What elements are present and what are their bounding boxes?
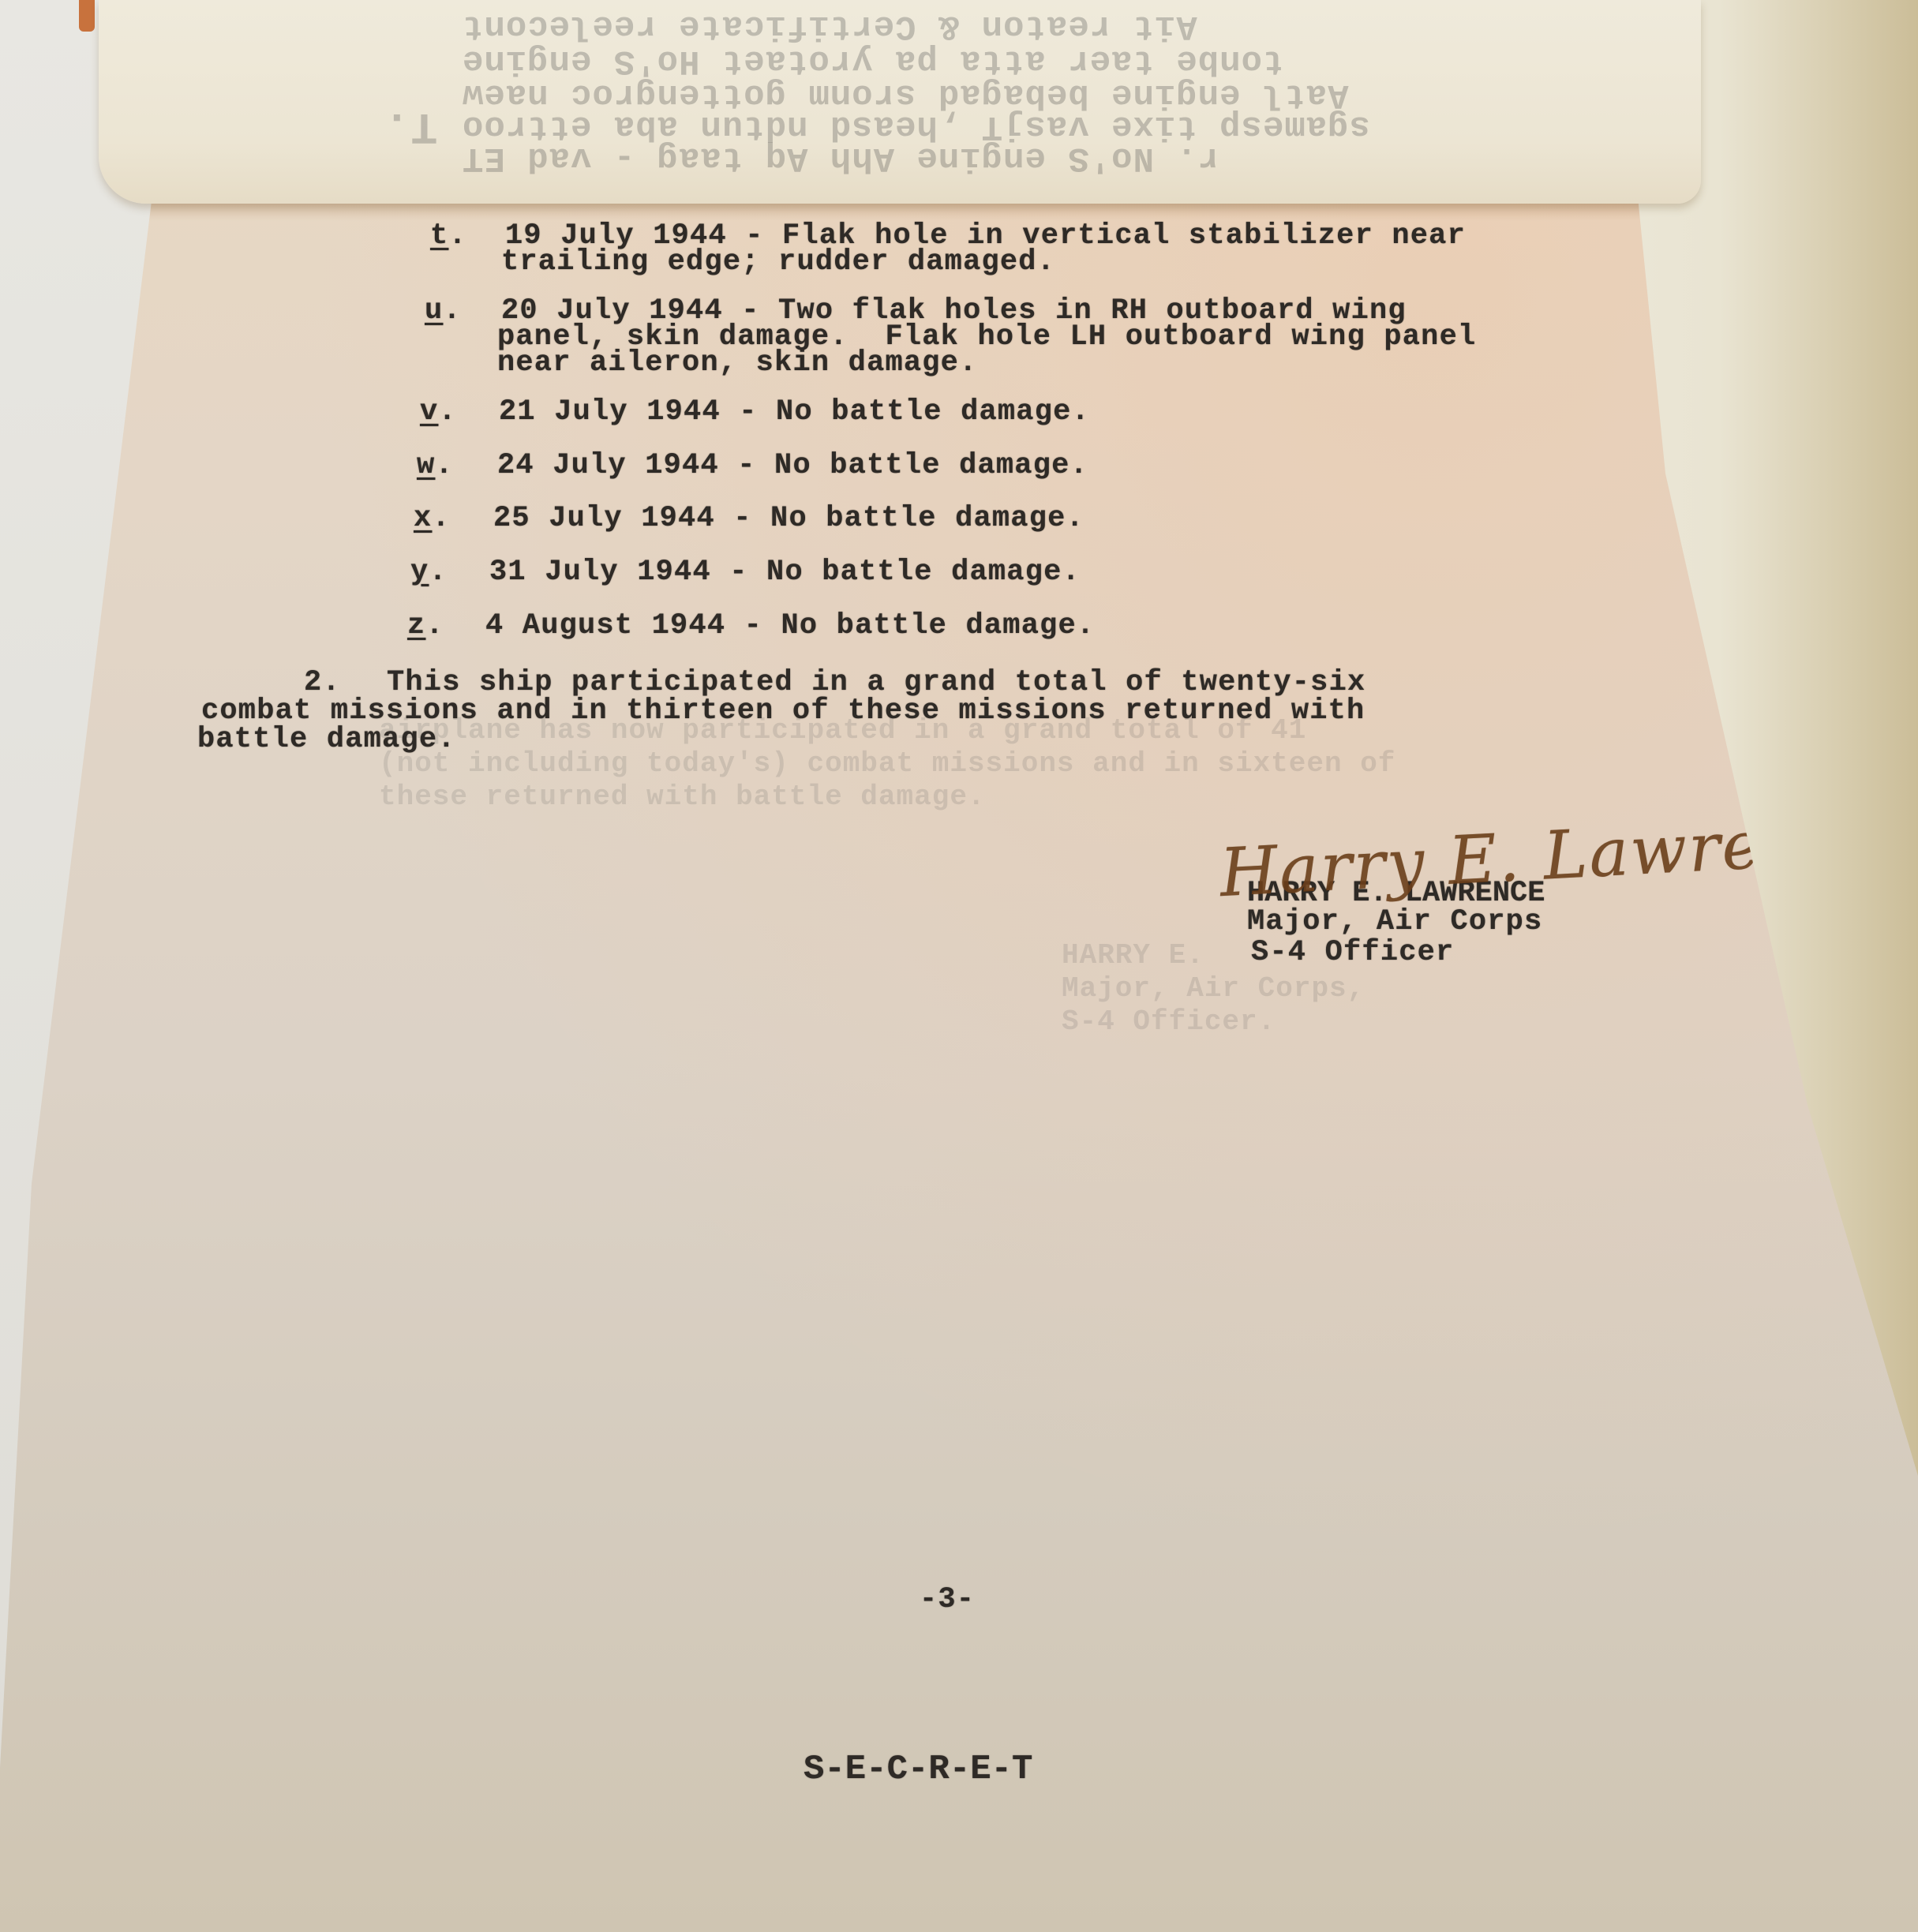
mirrored-text-line: r. No'S engine Ahh Aq taag - vad ET — [462, 138, 1219, 178]
item-text-line: 21 July 1944 - No battle damage. — [499, 399, 1090, 425]
paragraph-line: This ship participated in a grand total … — [387, 669, 1365, 696]
item-letter: t. — [430, 223, 467, 249]
item-text-line: 31 July 1944 - No battle damage. — [489, 559, 1081, 586]
bleed-through-line: these returned with battle damage. — [379, 781, 986, 813]
paragraph-line: battle damage. — [197, 726, 456, 753]
curled-previous-page: Ait reaton & Certificate reelecont tonbe… — [99, 0, 1701, 204]
item-letter: x. — [414, 505, 451, 532]
item-text-line: near aileron, skin damage. — [497, 350, 978, 376]
item-text-line: trailing edge; rudder damaged. — [501, 249, 1055, 275]
classification-marking: S-E-C-R-E-T — [804, 1756, 1032, 1783]
item-letter: w. — [417, 452, 454, 479]
item-letter: u. — [425, 298, 462, 324]
bleed-through-line: (not including today's) combat missions … — [379, 747, 1395, 780]
bleed-through-line: S-4 Officer. — [1062, 1005, 1276, 1038]
item-text-line: 25 July 1944 - No battle damage. — [493, 505, 1084, 532]
signatory-rank: Major, Air Corps — [1247, 908, 1542, 935]
bleed-through-line: Major, Air Corps, — [1062, 972, 1365, 1005]
binder-tab — [79, 0, 95, 32]
paragraph-number: 2. — [304, 669, 341, 696]
document-page: airplane has now participated in a grand… — [0, 0, 1918, 1932]
bleed-through-line: HARRY E. — [1062, 939, 1204, 972]
paragraph-line: combat missions and in thirteen of these… — [201, 698, 1365, 724]
item-text-line: 4 August 1944 - No battle damage. — [485, 612, 1095, 639]
item-letter: v. — [420, 399, 457, 425]
item-letter: y. — [410, 559, 448, 586]
signatory-title: S-4 Officer — [1251, 939, 1454, 966]
item-letter: z. — [407, 612, 444, 639]
item-text-line: 24 July 1944 - No battle damage. — [497, 452, 1088, 479]
mirrored-text-line: Ait reaton & Certificate reelecont — [462, 6, 1197, 46]
page-number: -3- — [920, 1586, 975, 1613]
mirrored-item-letter: T. — [383, 101, 437, 152]
